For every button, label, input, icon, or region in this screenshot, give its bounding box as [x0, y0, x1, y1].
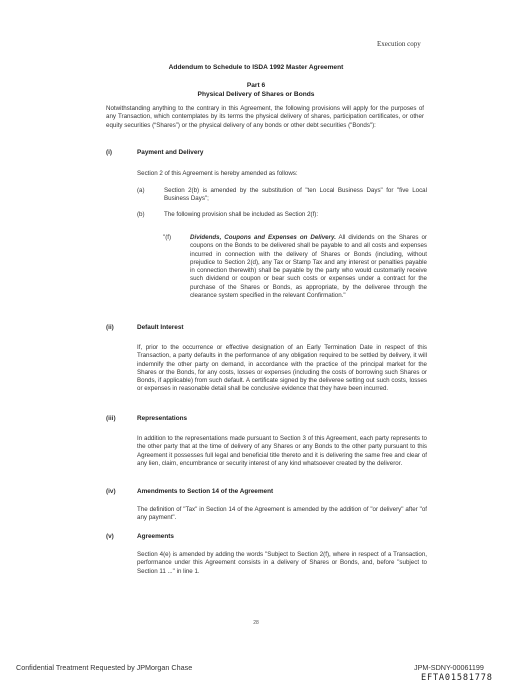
quoted-label: "(f) [163, 234, 171, 241]
section-number: (v) [106, 533, 114, 540]
quoted-text: All dividends on the Shares or coupons o… [190, 234, 427, 299]
part-subtitle: Physical Delivery of Shares or Bonds [0, 91, 512, 100]
quoted-title: Dividends, Coupons and Expenses on Deliv… [190, 234, 336, 241]
section-heading: Representations [137, 415, 187, 422]
item-text: The following provision shall be include… [164, 211, 427, 219]
part-heading: Part 6 Physical Delivery of Shares or Bo… [0, 82, 512, 99]
section-heading: Amendments to Section 14 of the Agreemen… [137, 488, 273, 495]
section-number: (iii) [106, 415, 116, 422]
section-heading: Default Interest [137, 324, 184, 331]
item-text: Section 2(b) is amended by the substitut… [164, 187, 427, 204]
part-number: Part 6 [0, 82, 512, 91]
section-number: (iv) [106, 488, 116, 495]
bates-number: JPM-SDNY-00061199 [414, 663, 484, 672]
document-page: Execution copy Addendum to Schedule to I… [0, 0, 512, 687]
item-label: (a) [137, 187, 145, 194]
item-label: (b) [137, 211, 145, 218]
section-heading: Payment and Delivery [137, 149, 203, 156]
efta-number: EFTA01581778 [421, 673, 493, 683]
section-body: Section 4(e) is amended by adding the wo… [137, 551, 427, 576]
confidential-notice: Confidential Treatment Requested by JPMo… [16, 663, 192, 672]
document-title: Addendum to Schedule to ISDA 1992 Master… [0, 64, 512, 71]
execution-copy-label: Execution copy [377, 40, 421, 48]
section-body: Section 2 of this Agreement is hereby am… [137, 170, 427, 178]
section-body: The definition of "Tax" in Section 14 of… [137, 506, 427, 523]
quoted-provision: Dividends, Coupons and Expenses on Deliv… [190, 234, 427, 300]
intro-paragraph: Notwithstanding anything to the contrary… [106, 105, 424, 130]
section-number: (i) [106, 149, 112, 156]
page-number: 28 [0, 620, 512, 626]
section-number: (ii) [106, 324, 114, 331]
section-heading: Agreements [137, 533, 174, 540]
section-body: If, prior to the occurrence or effective… [137, 344, 427, 394]
section-body: In addition to the representations made … [137, 435, 427, 468]
